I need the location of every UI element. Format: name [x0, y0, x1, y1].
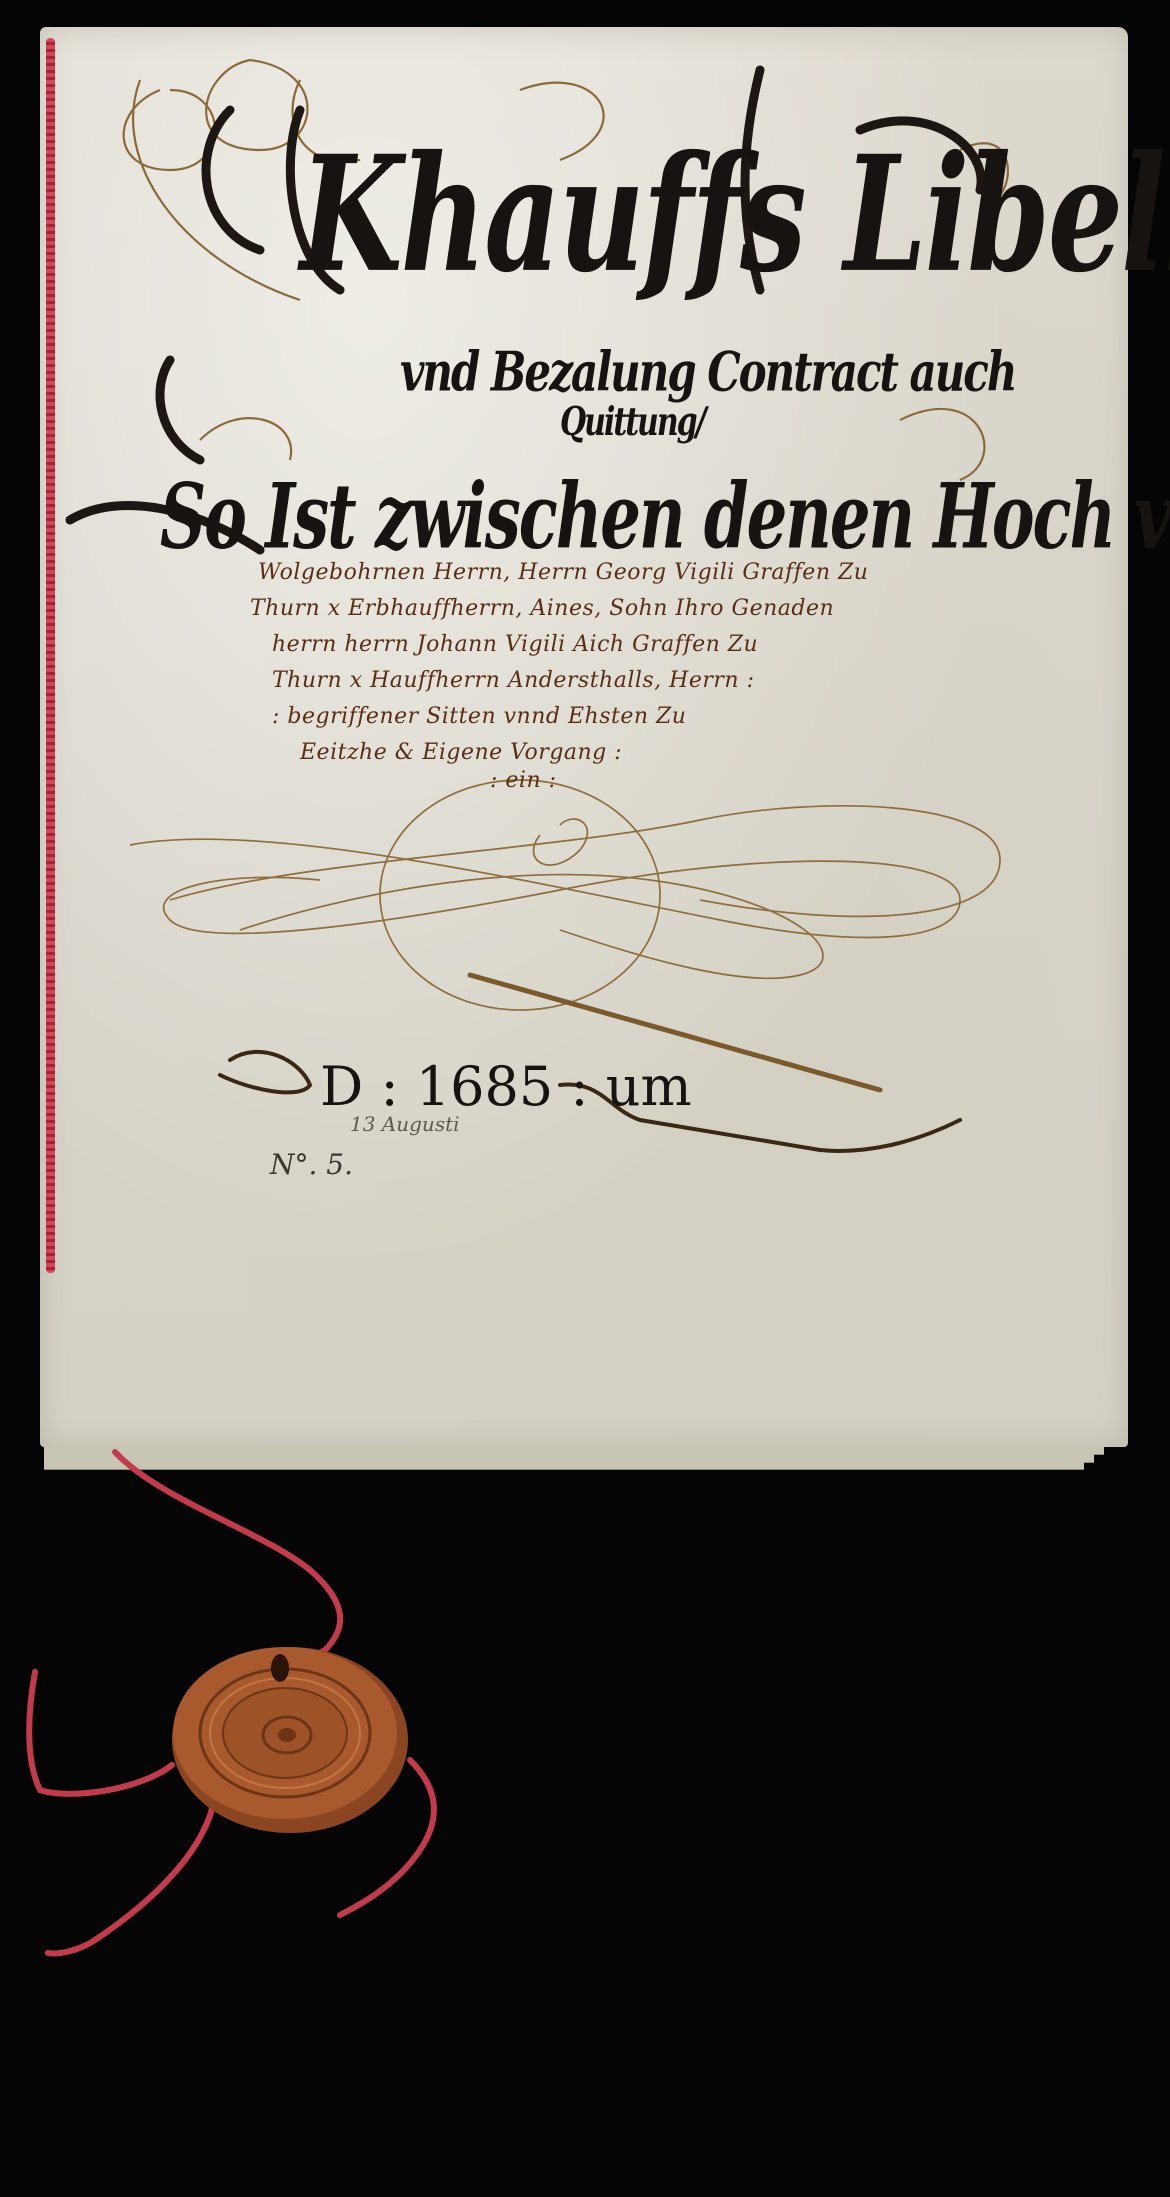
wax-seal-icon	[172, 1647, 408, 1833]
archive-number: N°. 5.	[270, 1148, 353, 1181]
body-text-line: Thurn x Hauffherrn Andersthalls, Herrn :	[272, 668, 754, 693]
pendant-seal	[0, 1440, 500, 2197]
body-text-line: Eeitzhe & Eigene Vorgang :	[300, 740, 622, 765]
date-annotation: 13 Augusti	[350, 1112, 460, 1136]
document-date: D : 1685 : um	[320, 1055, 692, 1118]
body-text-line: herrn herrn Johann Vigili Aich Graffen Z…	[272, 632, 758, 657]
binding-cord	[46, 38, 55, 1273]
document-subtitle: vnd Bezalung Contract auch	[400, 340, 1015, 404]
document-heading-line: So Ist zwischen denen Hoch vnnd	[160, 465, 1170, 570]
body-text-line: Thurn x Erbhauffherrn, Aines, Sohn Ihro …	[250, 596, 834, 621]
document-subtitle-2: Quittung/	[560, 400, 705, 446]
body-text-line: : begriffener Sitten vnnd Ehsten Zu	[272, 704, 686, 729]
body-text-line: Wolgebohrnen Herrn, Herrn Georg Vigili G…	[258, 560, 868, 585]
body-text-line: : ein :	[490, 768, 557, 793]
document-title: Khauffs Libell	[300, 120, 1170, 308]
